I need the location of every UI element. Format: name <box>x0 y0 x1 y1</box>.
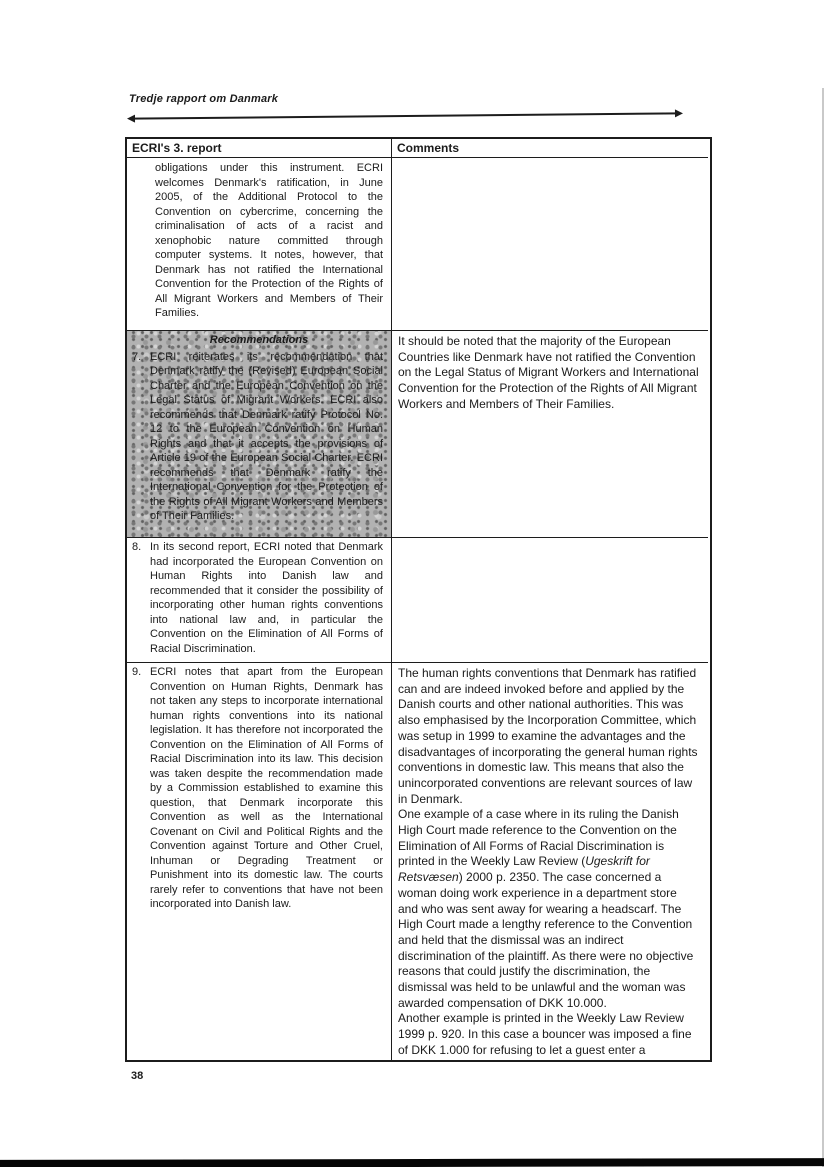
recommendations-heading: Recommendations <box>127 331 391 348</box>
row8-comment-cell-empty <box>392 538 708 663</box>
row8-text: In its second report, ECRI noted that De… <box>150 540 391 656</box>
running-header-title: Tredje rapport om Danmark <box>129 93 278 105</box>
row9-comment-paragraph-1: The human rights conventions that Denmar… <box>398 666 700 807</box>
row9-item: 9. ECRI notes that apart from the Europe… <box>127 663 391 912</box>
row9-left-cell: 9. ECRI notes that apart from the Europe… <box>127 663 392 1060</box>
column-header-comments: Comments <box>392 139 708 158</box>
row8-number: 8. <box>127 540 150 656</box>
row9-comment-cell: The human rights conventions that Denmar… <box>392 663 708 1060</box>
row9-number: 9. <box>127 665 150 912</box>
row8-item: 8. In its second report, ECRI noted that… <box>127 538 391 656</box>
row7-recommendations-cell: Recommendations 7. ECRI reiterates its r… <box>127 331 392 538</box>
row9-comment-paragraph-3: Another example is printed in the Weekly… <box>398 1011 700 1060</box>
row7-number: 7. <box>127 350 150 524</box>
row9-comment-paragraph-2: One example of a case where in its rulin… <box>398 807 700 1011</box>
row6-comment-cell-empty <box>392 158 708 331</box>
page-number: 38 <box>131 1070 143 1082</box>
column-header-ecri-report: ECRI's 3. report <box>127 139 392 158</box>
row7-item: 7. ECRI reiterates its recommendation th… <box>127 348 391 524</box>
arrow-right-icon <box>675 109 683 117</box>
row6-text: obligations under this instrument. ECRI … <box>155 161 383 321</box>
scan-edge-artifact-bottom <box>0 1158 824 1167</box>
row7-text: ECRI reiterates its recommendation that … <box>150 350 391 524</box>
comparison-table: ECRI's 3. report Comments obligations un… <box>125 137 712 1062</box>
row7-comment-text: It should be noted that the majority of … <box>398 334 700 413</box>
row7-comment-cell: It should be noted that the majority of … <box>392 331 708 538</box>
row8-left-cell: 8. In its second report, ECRI noted that… <box>127 538 392 663</box>
row9-text: ECRI notes that apart from the European … <box>150 665 391 912</box>
row6-left-cell: obligations under this instrument. ECRI … <box>127 158 392 331</box>
header-rule-line <box>131 112 679 119</box>
row9-comment-p2-after: ) 2000 p. 2350. The case concerned a wom… <box>398 870 693 1010</box>
header-rule-arrow <box>127 107 683 124</box>
